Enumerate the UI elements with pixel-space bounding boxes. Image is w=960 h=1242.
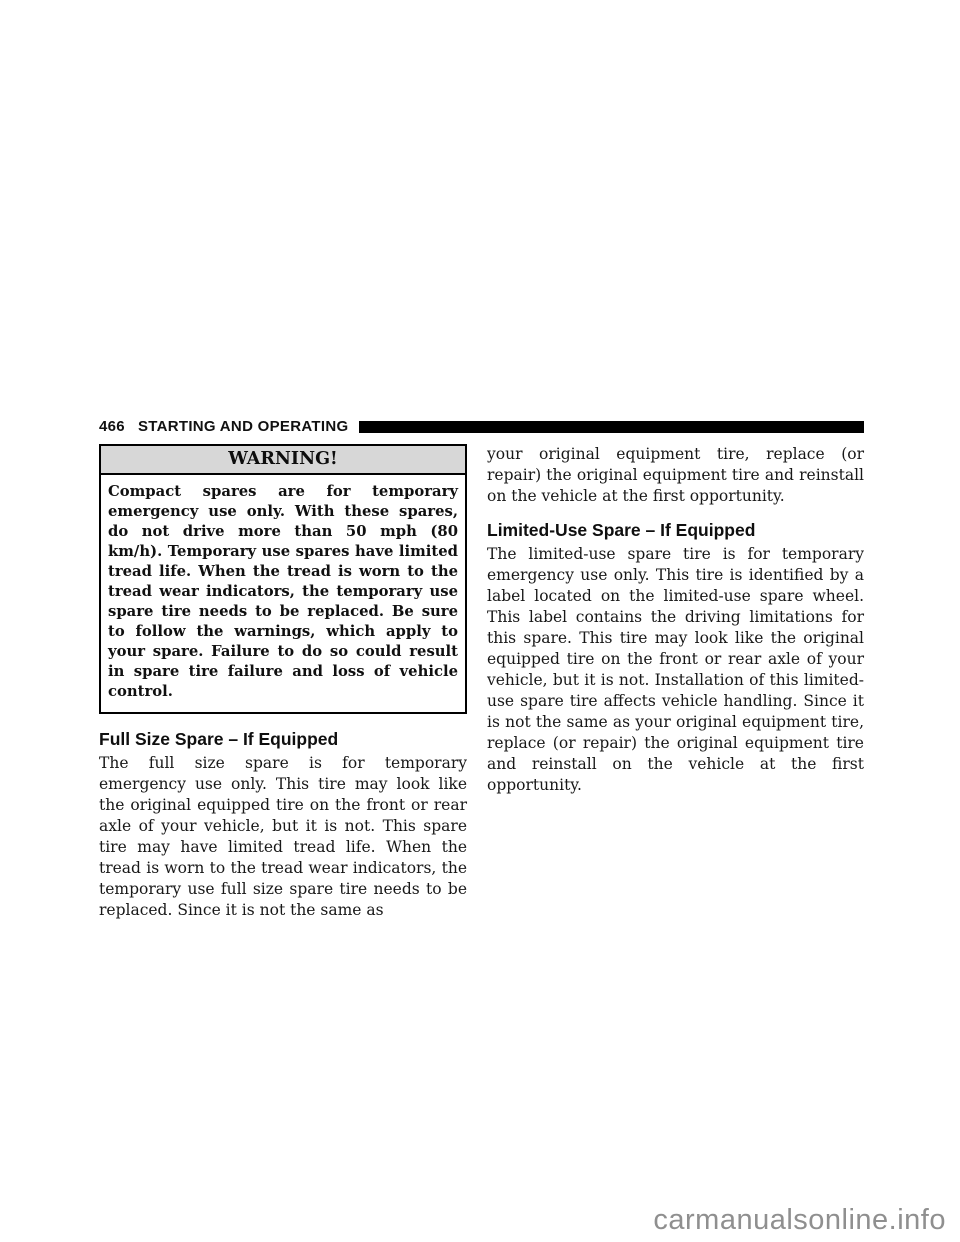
watermark-text: carmanualsonline.info (653, 1204, 946, 1237)
section-heading-limited-use-spare: Limited-Use Spare – If Equipped (487, 520, 864, 541)
right-column: your original equipment tire, replace (o… (487, 444, 864, 921)
page-content: WARNING! Compact spares are for temporar… (99, 444, 864, 921)
warning-box: WARNING! Compact spares are for temporar… (99, 444, 467, 714)
warning-body-text: Compact spares are for temporary emergen… (101, 475, 465, 712)
header-rule-bar (359, 421, 864, 433)
chapter-title: STARTING AND OPERATING (138, 418, 348, 435)
section-heading-full-size-spare: Full Size Spare – If Equipped (99, 729, 467, 750)
page-header: 466 STARTING AND OPERATING (99, 419, 864, 434)
left-column: WARNING! Compact spares are for temporar… (99, 444, 467, 921)
page-number: 466 (99, 418, 125, 435)
column-continuation-text: your original equipment tire, replace (o… (487, 444, 864, 507)
section-body-limited-use-spare: The limited-use spare tire is for tempor… (487, 544, 864, 796)
manual-page: 466 STARTING AND OPERATING WARNING! Comp… (0, 0, 960, 1242)
warning-title: WARNING! (101, 446, 465, 475)
section-body-full-size-spare: The full size spare is for temporary eme… (99, 753, 467, 921)
